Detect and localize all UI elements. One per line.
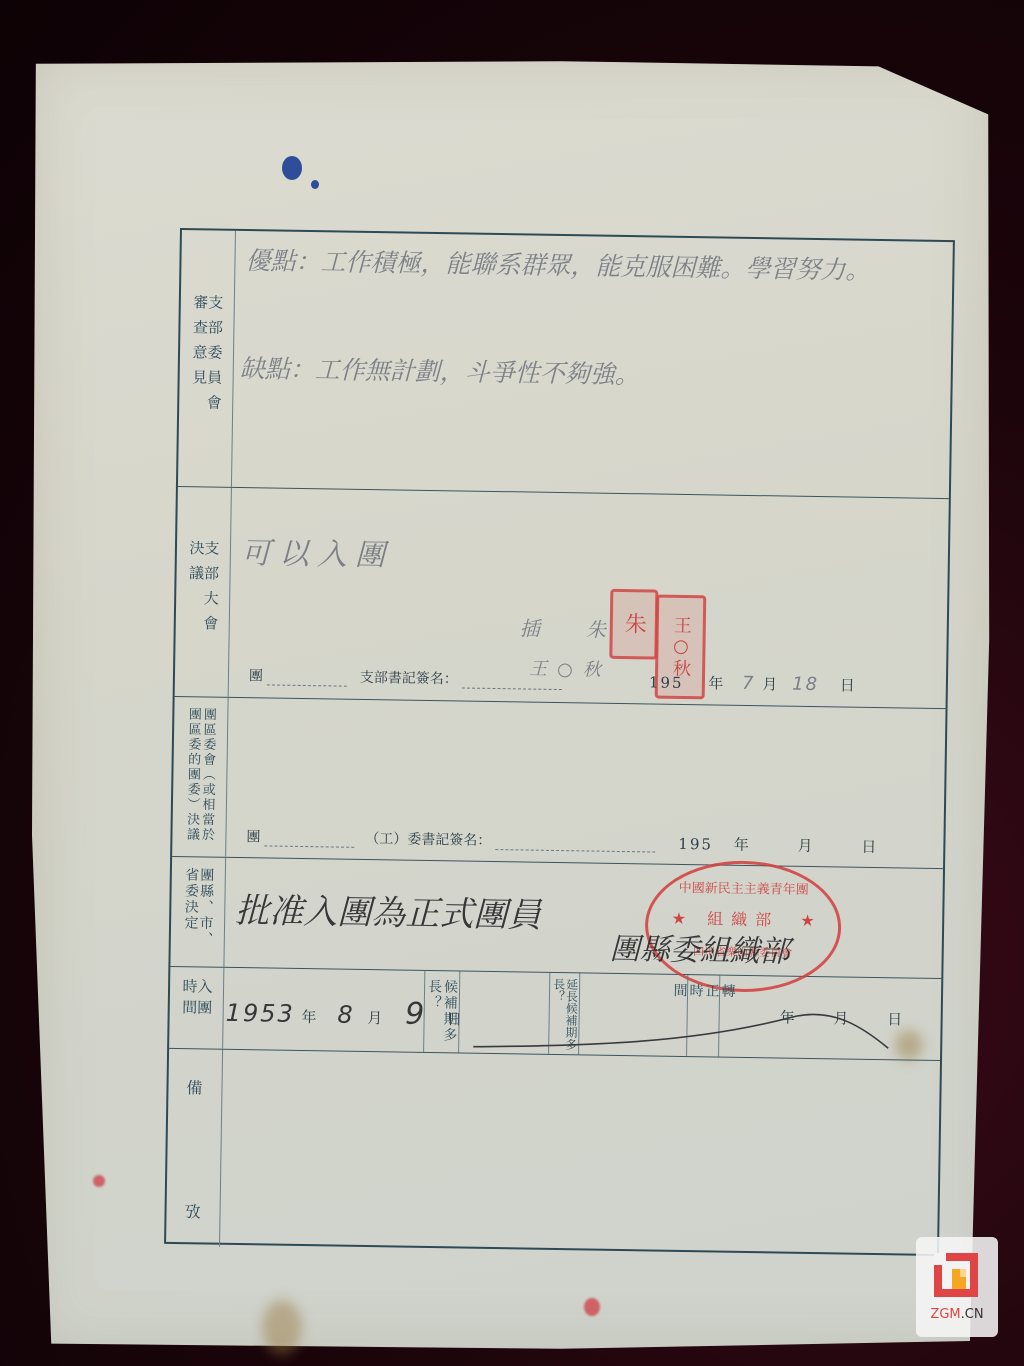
join-date-content: 1953 年 8 月 9 日 候補期多長？ 延長候補期多長？ 轉正時間 年	[223, 968, 941, 1060]
zgm-watermark-text: ZGM.CN	[916, 1307, 998, 1322]
month-label: 月	[762, 675, 779, 693]
label-branch-assembly-resolution: 支部大會決議	[187, 539, 219, 644]
label-remarks-bottom: 攷	[184, 1199, 200, 1222]
row-label: 團縣、市、省委決定	[170, 857, 226, 967]
join-year: 1953	[225, 999, 295, 1028]
strike-through-line	[473, 982, 894, 1059]
year-label: 年	[734, 836, 751, 854]
join-month: 8	[337, 1001, 355, 1029]
ink-blot-small	[311, 180, 319, 189]
row-remarks: 備 攷	[166, 1049, 940, 1258]
date-year: 195	[649, 673, 684, 692]
handwritten-resolution: 可以入團	[241, 528, 394, 574]
label-branch-committee-review: 支部委員會審查意見	[190, 294, 222, 422]
registration-form-table: 支部委員會審查意見 優點：工作積極，能聯系群眾，能克服困難。學習努力。 缺點：工…	[164, 228, 955, 1256]
handwritten-weaknesses: 缺點：工作無計劃，斗爭性不夠強。	[240, 349, 641, 391]
year-label: 年	[301, 1008, 318, 1026]
probation-label: 候補期多長？	[425, 978, 458, 1044]
prefix-tuan: 團	[246, 829, 260, 845]
seal-top-text: 中國新民主主義青年團	[649, 876, 839, 898]
district-signature-line: 團 （工）委書記簽名：	[246, 826, 656, 852]
district-signature-label: （工）委書記簽名：	[365, 831, 491, 849]
stain	[262, 1300, 302, 1355]
assembly-content: 可以入團 插 朱 朱 王○秋 團 支部書記簽名： 王○秋 195 年 7 月 1…	[229, 488, 949, 708]
month-label: 月	[367, 1009, 384, 1027]
row-label: 支部大會決議	[175, 487, 232, 697]
label-join-date: 入團時間	[181, 978, 212, 1038]
watermark-domain: .CN	[961, 1307, 984, 1322]
secretary-signature-line: 團 支部書記簽名：	[249, 665, 563, 690]
prefix-tuan: 團	[249, 668, 263, 684]
probation-label-cell: 候補期多長？	[423, 971, 459, 1053]
day-label: 日	[861, 838, 878, 856]
assembly-date: 195 年 7 月 18 日	[649, 671, 857, 695]
star-icon: ★	[800, 911, 815, 930]
day-label: 日	[840, 676, 857, 694]
red-spot	[93, 1175, 105, 1187]
seal-personal-left: 朱	[609, 589, 658, 660]
red-spot	[584, 1298, 600, 1316]
label-district-committee-resolution: 團區委會（或相當於團區委的團委）決議	[184, 707, 216, 847]
year-label: 年	[708, 674, 725, 692]
zgm-logo-icon	[930, 1249, 982, 1301]
date-day: 18	[792, 674, 819, 695]
remarks-content	[220, 1050, 940, 1258]
ink-blot	[282, 156, 302, 180]
secretary-signature-value: 王○秋	[529, 655, 611, 682]
zgm-watermark: ZGM.CN	[916, 1237, 998, 1337]
row-join-date: 入團時間 1953 年 8 月 9 日 候補期多長？ 延長候補期多長？ 轉正時間	[169, 967, 941, 1061]
row-district-committee-resolution: 團區委會（或相當於團區委的團委）決議 團 （工）委書記簽名： 195 年 月 日	[172, 697, 945, 869]
month-label: 月	[797, 837, 814, 855]
date-month: 7	[742, 673, 756, 694]
watermark-brand: ZGM	[930, 1307, 960, 1322]
date-year: 195	[678, 835, 713, 854]
handwritten-signature-department: 團縣委組織部	[609, 924, 790, 971]
row-branch-assembly-resolution: 支部大會決議 可以入團 插 朱 朱 王○秋 團 支部書記簽名： 王○秋 195 …	[175, 487, 949, 709]
row-county-decision: 團縣、市、省委決定 批准入團為正式團員 中國新民主主義青年團 ★ 組織部 ★ 四…	[170, 857, 943, 979]
row-label: 支部委員會審查意見	[178, 230, 236, 487]
signature-field	[496, 837, 656, 853]
dotted-line	[267, 672, 347, 686]
label-remarks-top: 備	[186, 1075, 202, 1098]
row-label: 團區委會（或相當於團區委的團委）決議	[172, 697, 228, 857]
row-label: 入團時間	[169, 967, 224, 1049]
secretary-signature-label: 支部書記簽名：	[360, 670, 458, 688]
review-content: 優點：工作積極，能聯系群眾，能克服困難。學習努力。 缺點：工作無計劃，斗爭性不夠…	[232, 231, 953, 498]
district-content: 團 （工）委書記簽名： 195 年 月 日	[226, 698, 945, 868]
district-date: 195 年 月 日	[678, 833, 878, 857]
row-label: 備 攷	[166, 1049, 223, 1247]
county-content: 批准入團為正式團員 中國新民主主義青年團 ★ 組織部 ★ 四川省樂山縣委員會 團…	[224, 858, 943, 978]
handwritten-decision: 批准入團為正式團員	[235, 883, 542, 937]
handwritten-strengths: 優點：工作積極，能聯系群眾，能克服困難。學習努力。	[245, 241, 871, 287]
row-branch-committee-review: 支部委員會審查意見 優點：工作積極，能聯系群眾，能克服困難。學習努力。 缺點：工…	[178, 230, 953, 499]
dotted-line	[265, 833, 355, 847]
label-county-decision: 團縣、市、省委決定	[182, 867, 213, 957]
